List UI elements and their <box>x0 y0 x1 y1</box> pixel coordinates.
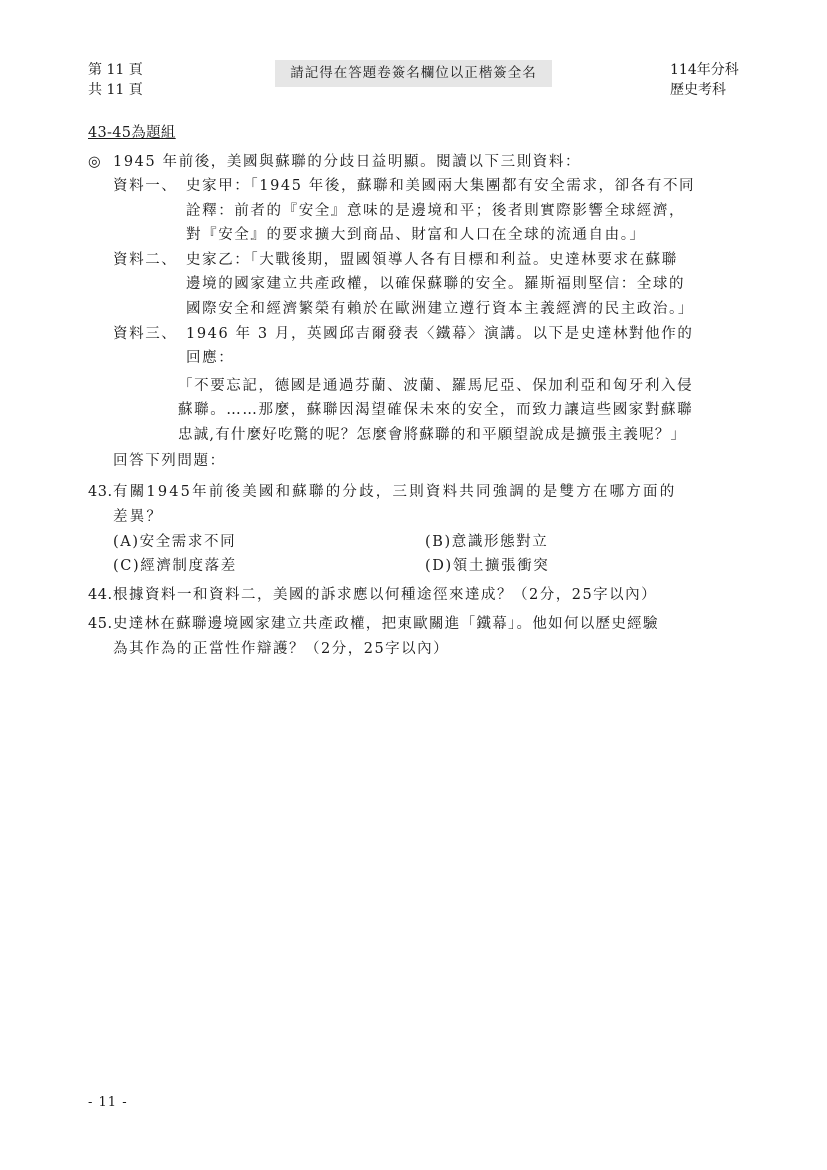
source-line: 1946 年 3 月，英國邱吉爾發表〈鐵幕〉演講。以下是史達林對他作的 <box>186 324 693 344</box>
option-text: 意識形態對立 <box>452 534 549 550</box>
signature-notice: 請記得在答題卷簽名欄位以正楷簽全名 <box>275 60 552 87</box>
page-total: 共 11 頁 <box>88 80 143 100</box>
question-text: 史達林在蘇聯邊境國家建立共產政權，把東歐關進「鐵幕」。他如何以歷史經驗 <box>113 614 659 634</box>
source-label: 資料二、 <box>113 250 177 270</box>
option-label: (A) <box>113 534 140 550</box>
source-line: 回應： <box>186 348 234 368</box>
question-number: 44. <box>88 585 113 605</box>
question-text: 有關1945年前後美國和蘇聯的分歧，三則資料共同強調的是雙方在哪方面的 <box>113 482 676 502</box>
option-label: (D) <box>425 558 453 574</box>
source-line: 史家甲：「1945 年後，蘇聯和美國兩大集團都有安全需求，卻各有不同 <box>186 176 695 196</box>
exam-year: 114年分科 <box>670 60 739 80</box>
source-label: 資料三、 <box>113 324 177 344</box>
option-c[interactable]: (C)經濟制度落差 <box>113 556 237 576</box>
option-label: (B) <box>425 534 452 550</box>
source-line: 史家乙：「大戰後期，盟國領導人各有目標和利益。史達林要求在蘇聯 <box>186 250 678 270</box>
page-number-footer: - 11 - <box>88 1095 128 1110</box>
option-b[interactable]: (B)意識形態對立 <box>425 532 548 552</box>
quote-line: 「不要忘記，德國是通過芬蘭、波蘭、羅馬尼亞、保加利亞和匈牙利入侵 <box>178 376 693 396</box>
source-line: 邊境的國家建立共產政權，以確保蘇聯的安全。羅斯福則堅信：全球的 <box>186 274 685 294</box>
question-text: 根據資料一和資料二，美國的訴求應以何種途徑來達成？（2分，25字以內） <box>113 585 657 605</box>
instruction: 回答下列問題： <box>113 451 226 471</box>
option-text: 領土擴張衝突 <box>453 558 550 574</box>
question-text: 差異？ <box>113 507 163 527</box>
question-number: 45. <box>88 614 113 634</box>
question-number: 43. <box>88 482 113 502</box>
option-label: (C) <box>113 558 140 574</box>
option-d[interactable]: (D)領土擴張衝突 <box>425 556 549 576</box>
group-intro: 1945 年前後，美國與蘇聯的分歧日益明顯。閱讀以下三則資料： <box>113 152 581 172</box>
question-text: 為其作為的正當性作辯護？（2分，25字以內） <box>113 639 449 659</box>
quote-line: 忠誠,有什麼好吃驚的呢？怎麼會將蘇聯的和平願望說成是擴張主義呢？」 <box>178 425 686 445</box>
quote-line: 蘇聯。……那麼，蘇聯因渴望確保未來的安全，而致力讓這些國家對蘇聯 <box>178 400 693 420</box>
option-text: 安全需求不同 <box>140 534 237 550</box>
page-current: 第 11 頁 <box>88 60 143 80</box>
group-title: 43-45為題組 <box>88 123 176 143</box>
option-a[interactable]: (A)安全需求不同 <box>113 532 236 552</box>
bullet-marker-icon: ◎ <box>88 152 102 172</box>
option-text: 經濟制度落差 <box>140 558 237 574</box>
source-line: 對『安全』的要求擴大到商品、財富和人口在全球的流通自由。」 <box>186 225 646 245</box>
source-line: 詮釋：前者的『安全』意味的是邊境和平；後者則實際影響全球經濟， <box>186 201 685 221</box>
source-label: 資料一、 <box>113 176 177 196</box>
source-line: 國際安全和經濟繁榮有賴於在歐洲建立遵行資本主義經濟的民主政治。」 <box>186 299 694 319</box>
exam-subject: 歷史考科 <box>670 80 726 100</box>
